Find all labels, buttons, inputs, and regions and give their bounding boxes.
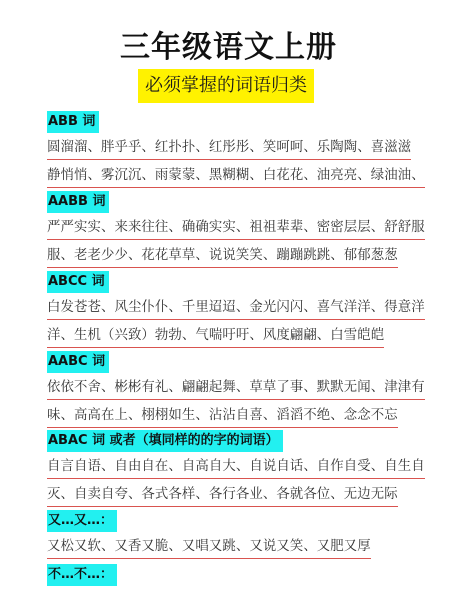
section-header-aabc: AABC 词 xyxy=(47,351,109,373)
word-line: 灭、自卖自夸、各式各样、各行各业、各就各位、无边无际 xyxy=(47,486,398,507)
section-header-abac: ABAC 词 或者（填同样的的字的词语） xyxy=(47,430,283,452)
section-header-abcc: ABCC 词 xyxy=(47,271,109,293)
word-line: 服、老老少少、花花草草、说说笑笑、蹦蹦跳跳、郁郁葱葱 xyxy=(47,247,398,268)
word-line: 静悄悄、雾沉沉、雨蒙蒙、黑糊糊、白花花、油亮亮、绿油油、 xyxy=(47,167,425,188)
word-line: 味、高高在上、栩栩如生、沾沾自喜、滔滔不绝、念念不忘 xyxy=(47,407,398,428)
section-header-you-you: 又…又…： xyxy=(47,510,117,532)
page-title: 三年级语文上册 xyxy=(0,22,457,66)
word-line: 严严实实、来来往往、确确实实、祖祖辈辈、密密层层、舒舒服 xyxy=(47,219,425,240)
word-line: 圆溜溜、胖乎乎、红扑扑、红彤彤、笑呵呵、乐陶陶、喜滋滋 xyxy=(47,139,411,160)
section-header-aabb: AABB 词 xyxy=(47,191,109,213)
word-line: 又松又软、又香又脆、又唱又跳、又说又笑、又肥又厚 xyxy=(47,538,371,559)
word-line: 白发苍苍、风尘仆仆、千里迢迢、金光闪闪、喜气洋洋、得意洋 xyxy=(47,299,425,320)
subtitle-banner: 必须掌握的词语归类 xyxy=(138,69,314,103)
section-header-abb: ABB 词 xyxy=(47,111,99,133)
word-line: 洋、生机（兴致）勃勃、气喘吁吁、风度翩翩、白雪皑皑 xyxy=(47,327,384,348)
word-line: 自言自语、自由自在、自高自大、自说自话、自作自受、自生自 xyxy=(47,458,425,479)
word-line: 依依不舍、彬彬有礼、翩翩起舞、草草了事、默默无闻、津津有 xyxy=(47,379,425,400)
section-header-bu-bu: 不…不…： xyxy=(47,564,117,586)
